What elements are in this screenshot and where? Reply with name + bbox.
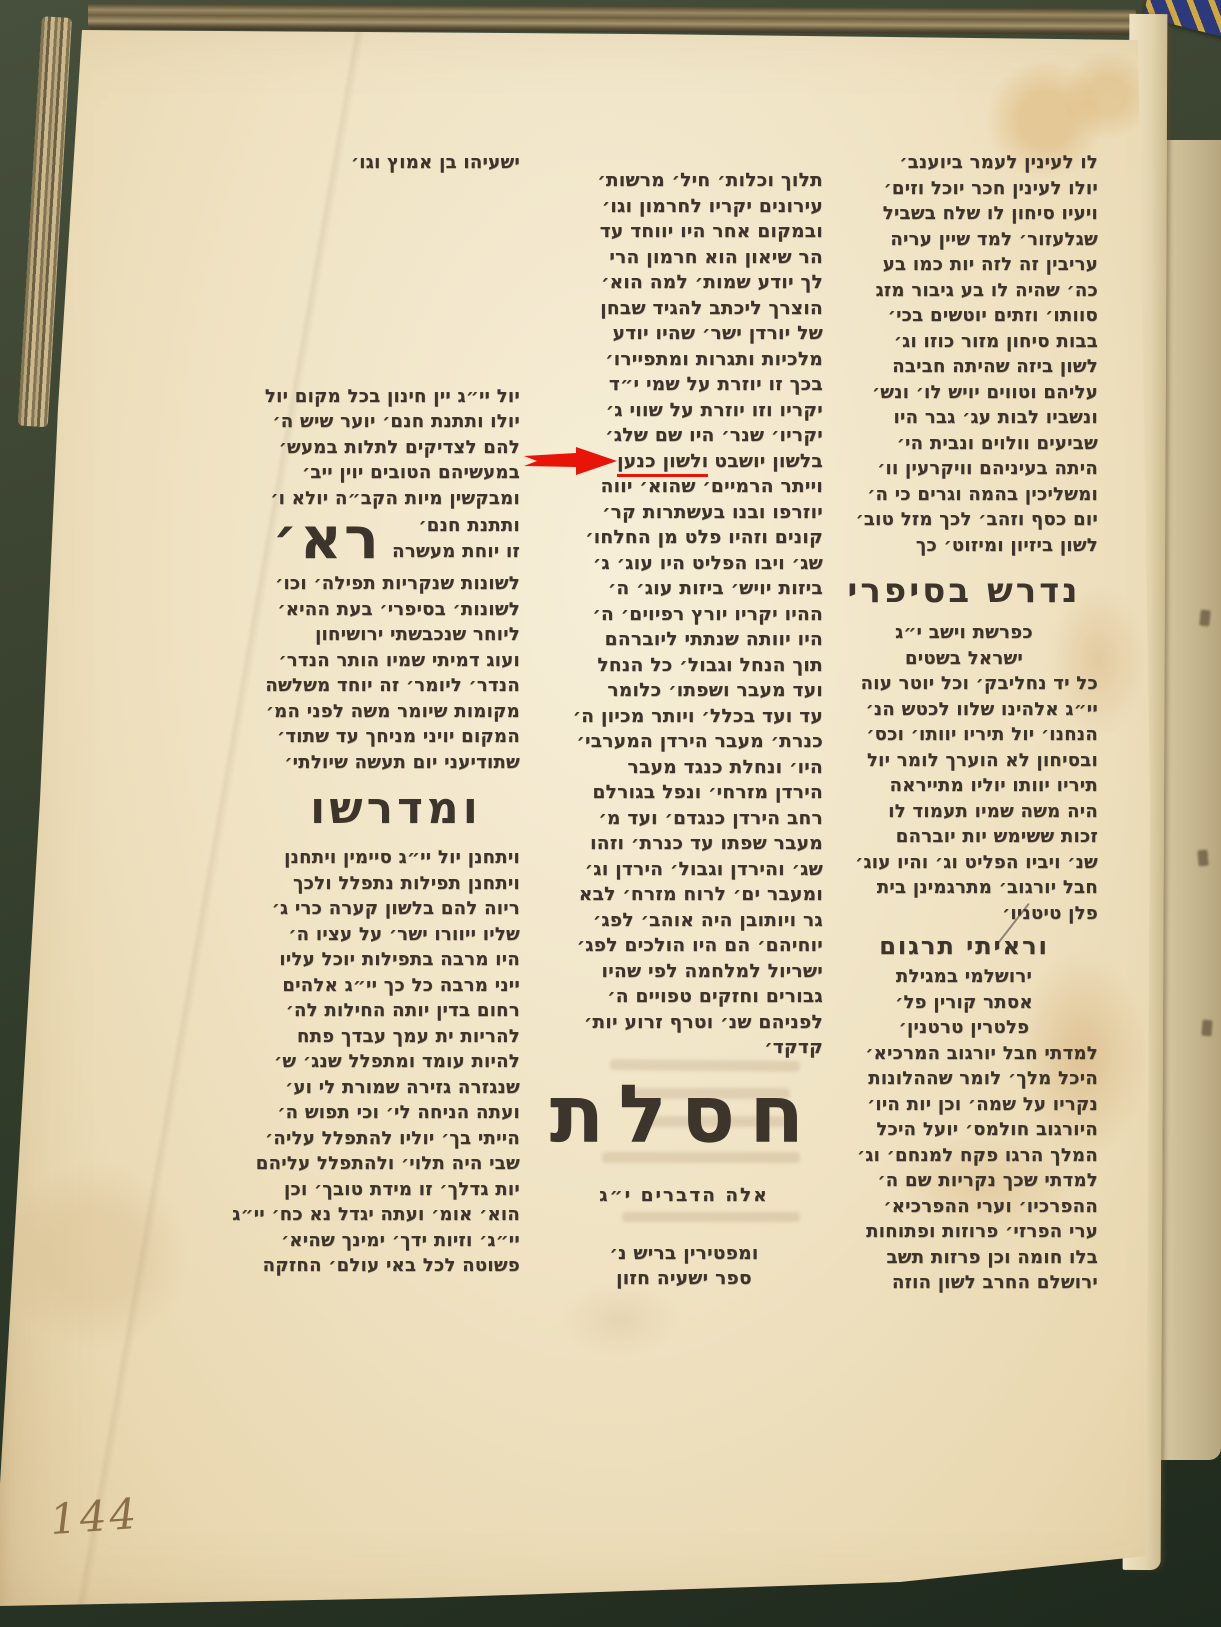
text-line: בכך זו יוזרת על שמי י״ד — [545, 372, 823, 398]
text-line: נקריו על שמה׳ וכן יות היו׳ — [830, 1092, 1098, 1118]
right-text-block-3: למדתי חבל יורגוב המרכיא׳היכל מלך׳ לומר ש… — [830, 1041, 1098, 1296]
emphasis-line: וראיתי תרגום — [830, 930, 1098, 962]
text-line: עליהם וטווים יויש לו׳ ונש׳ — [830, 380, 1098, 406]
text-line: עד ועד בכלל׳ ויותר מכיון ה׳ — [545, 704, 823, 730]
text-line: בבות סיחון מזור כוזו וג׳ — [830, 329, 1098, 355]
text-line: כל יד נחליבק׳ וכל יוטר עוה — [830, 671, 1098, 697]
left-display-row: ותתנת חנם׳זו יוחת מעשרה רא׳ — [272, 513, 520, 567]
text-line: ותתנת חנם׳ — [392, 513, 520, 539]
right-text-block-2: כל יד נחליבק׳ וכל יוטר עוהיי״ג אלהינו של… — [830, 671, 1098, 926]
left-column: ישעיהו בן אמוץ וגו׳ יול יי״ג יין חינון ב… — [272, 150, 520, 1279]
text-line: יוחיהם׳ הם היו הולכים לפג׳ — [545, 933, 823, 959]
text-line: ויעיו סיחון לו שלח בשביל — [830, 201, 1098, 227]
text-line: ישריול למלחמה לפי שהיו — [545, 959, 823, 985]
text-line: זו יוחת מעשרה — [392, 539, 520, 565]
text-line: יי״ג׳ וזיות ידך׳ ימינך שהיא׳ — [272, 1228, 520, 1254]
text-line: לשון ביזה שהיתה חביבה — [830, 354, 1098, 380]
text-line: זכות ששימש יות יוברהם — [830, 824, 1098, 850]
text-line: יי״ג אלהינו שלוו לכטש הנ׳ — [830, 697, 1098, 723]
text-line: לפניהם שנ׳ וטרף זרוע יות׳ — [545, 1010, 823, 1036]
text-line: יות גדלך׳ זו מידת טובך׳ וכן — [272, 1177, 520, 1203]
right-centered-lines-2: ירושלמי במגילתאסתר קורין פל׳פלטרין טרטני… — [830, 964, 1098, 1041]
text-line: יקריו וזו יוזרת על שווי ג׳ — [545, 398, 823, 424]
underlined-text: ולשון כנען — [617, 451, 708, 477]
text-line: ייני מרבה כל כך יי״ג אלהים — [272, 973, 520, 999]
left-display-side-lines: ותתנת חנם׳זו יוחת מעשרה — [392, 513, 520, 564]
text-line: שג׳ ויבו הפליט היו עוג׳ ג׳ — [545, 551, 823, 577]
text-line: ויתחנן תפילות נתפלל ולכך — [272, 871, 520, 897]
text-line: פלן טיטניו׳ — [830, 901, 1098, 927]
text-line: היה משה שמיו תעמוד לו — [830, 799, 1098, 825]
text-line: ריוה להם בלשון קערה כרי ג׳ — [272, 896, 520, 922]
text-line: ויתחנן יול יי״ג סיימין ויתחנן — [272, 845, 520, 871]
folio-number: 144 — [48, 1489, 140, 1544]
text-line: פשוטה לכל באי עולם׳ החזקה — [272, 1253, 520, 1279]
text-line: בלו חומה וכן פרזות תשב — [830, 1245, 1098, 1271]
manuscript-page: ישעיהו בן אמוץ וגו׳ יול יי״ג יין חינון ב… — [0, 0, 1221, 1627]
text-line: היתה בעיניהם וויקרעין וו׳ — [830, 456, 1098, 482]
text-line: לשון ביזיון ומיזוט׳ כך — [830, 533, 1098, 559]
text-line: מעבר שפתו עד כנרת׳ וזהו — [545, 831, 823, 857]
text-line: ישראל בשטים — [830, 646, 1098, 672]
text-line: יוזרפו ובנו בעשתרות קר׳ — [545, 500, 823, 526]
text-line: עירונים יקריו לחרמון וגו׳ — [545, 194, 823, 220]
display-word-reeh: רא׳ — [272, 509, 381, 567]
text-line: הייתי בך׳ יוליו להתפלל עליה׳ — [272, 1126, 520, 1152]
text-line: הנדר׳ ליומר׳ זה יוחד משלשה — [272, 673, 520, 699]
text-line: למדתי שכך נקריות שם ה׳ — [830, 1168, 1098, 1194]
text-line: ובסיחון לא הוערך לומר יול — [830, 748, 1098, 774]
text-line: כנרת׳ מעבר הירדן המערבי׳ — [545, 729, 823, 755]
right-column: לו לעינין לעמר ביוענב׳יולו לעינין חכר יו… — [830, 150, 1098, 1296]
middle-text-block-1: תלוך וכלות׳ חיל׳ מרשות׳עירונים יקריו לחר… — [545, 168, 823, 449]
text-line: המקום יויני מניחך עד שתוד׳ — [272, 724, 520, 750]
text-line: הר שיאון הוא חרמון הרי — [545, 245, 823, 271]
text-line: היו יוותה שנתתי ליוברהם — [545, 627, 823, 653]
middle-column: תלוך וכלות׳ חיל׳ מרשות׳עירונים יקריו לחר… — [545, 168, 823, 1292]
text-line: ונשביו לבות עג׳ גבר היו — [830, 405, 1098, 431]
text-line: שנגזרה גזירה שמורת לי וע׳ — [272, 1075, 520, 1101]
text-line: ערי הפרזי׳ פרוזות ופתוחות — [830, 1219, 1098, 1245]
text-line: ההפרכיו׳ וערי ההפרכיא׳ — [830, 1194, 1098, 1220]
text-line: מקומות שיומר משה לפני המ׳ — [272, 699, 520, 725]
text-line: שג׳ והירדן וגבול׳ הירדן וג׳ — [545, 857, 823, 883]
text-line: שבי היה תלוי׳ ולהתפלל עליהם — [272, 1151, 520, 1177]
text-line: אסתר קורין פל׳ — [830, 990, 1098, 1016]
text-line: הירדן מזרחי׳ ונפל בגורלם — [545, 780, 823, 806]
text-line: להם לצדיקים לתלות במעש׳ — [272, 435, 520, 461]
text-line: שליו ייוורו ישר׳ על עציו ה׳ — [272, 922, 520, 948]
edge-ink-smudge — [1201, 1020, 1212, 1037]
book-scan: ישעיהו בן אמוץ וגו׳ יול יי״ג יין חינון ב… — [0, 0, 1221, 1627]
text-line: רחום בדין יותה החילות לה׳ — [272, 998, 520, 1024]
text-line: הוא׳ אומ׳ ועתה יגדל נא כח׳ יי״ג — [272, 1202, 520, 1228]
colophon-line-3: ספר ישעיה חזון — [545, 1266, 823, 1292]
text-line: לך יודע שמות׳ למה הוא׳ — [545, 270, 823, 296]
text-line: כפרשת וישב י״ג — [830, 620, 1098, 646]
text-line: יקריו׳ שנר׳ היו שם שלג׳ — [545, 423, 823, 449]
text-line: שגלעזור׳ למד שיין עריה — [830, 227, 1098, 253]
text-line: פלטרין טרטנין׳ — [830, 1015, 1098, 1041]
left-text-block-2: לשונות שנקריות תפילה׳ וכו׳לשונות׳ בסיפרי… — [272, 571, 520, 775]
text-line: שתודיעני יום תעשה שיולתי׳ — [272, 750, 520, 776]
text-line: היו׳ ונחלת כנגד מעבר — [545, 755, 823, 781]
text-line: יולו ותתנת חנם׳ יוער שיש ה׳ — [272, 409, 520, 435]
text-line: היו מרבה בתפילות יוכל עליו — [272, 947, 520, 973]
text-line: וייתר הרמיים׳ שהוא׳ יווה — [545, 474, 823, 500]
text-line: ההיו יקריו יורץ רפיוים׳ ה׳ — [545, 602, 823, 628]
text-line: ובמקום אחר היו יווחד עד — [545, 219, 823, 245]
left-column-heading: ישעיהו בן אמוץ וגו׳ — [272, 150, 520, 176]
text-line: לשונות׳ בסיפרי׳ בעת ההיא׳ — [272, 597, 520, 623]
text-line: במעשיהם הטובים יוין ייב׳ — [272, 460, 520, 486]
text-line: למדתי חבל יורגוב המרכיא׳ — [830, 1041, 1098, 1067]
text-line: ומעבר ים׳ לרוח מזרח׳ לבא — [545, 882, 823, 908]
right-text-block-1: לו לעינין לעמר ביוענב׳יולו לעינין חכר יו… — [830, 150, 1098, 558]
page-stack-top-edge — [88, 3, 1136, 34]
left-text-block-1: יול יי״ג יין חינון בכל מקום יוליולו ותתנ… — [272, 384, 520, 512]
display-word-nidrash-basifrei: נדרש בסיפרי — [830, 568, 1098, 614]
edge-ink-smudge — [1197, 850, 1208, 867]
text-line: ומשליכין בהמה וגרים כי ה׳ — [830, 482, 1098, 508]
text-line: מלכיות ותגרות ומתפיירו׳ — [545, 347, 823, 373]
colophon-line-2: ומפטירין בריש נ׳ — [545, 1241, 823, 1267]
text-line: עריבין זה לזה יות כמו בע — [830, 252, 1098, 278]
text-line: יול יי״ג יין חינון בכל מקום יול — [272, 384, 520, 410]
text-line: קונים וזהיו פלט מן החלחו׳ — [545, 525, 823, 551]
text-line: גר ויותובן היה אוהב׳ לפג׳ — [545, 908, 823, 934]
text-line: לו לעינין לעמר ביוענב׳ — [830, 150, 1098, 176]
text-line: יולו לעינין חכר יוכל וזים׳ — [830, 176, 1098, 202]
text-line: הוצרך ליכתב להגיד שבחן — [545, 296, 823, 322]
text-line: הנחנו׳ יול תיריו יוותו׳ וכס׳ — [830, 722, 1098, 748]
text-line: ביזות יויש׳ ביזות עוג׳ ה׳ — [545, 576, 823, 602]
text-line: ועוג דמיתי שמיו הותר הנדר׳ — [272, 648, 520, 674]
text-line: לשונות שנקריות תפילה׳ וכו׳ — [272, 571, 520, 597]
text-line: יום כסף וזהב׳ לכך מזל טוב׳ — [830, 507, 1098, 533]
text-line: המלך הרגו פקח למנחם׳ וג׳ — [830, 1143, 1098, 1169]
text-line: שנ׳ ויביו הפליט וג׳ והיו עוג׳ — [830, 850, 1098, 876]
text-line: תוך הנחל וגבול׳ כל הנחל — [545, 653, 823, 679]
text-line: ועד מעבר ושפתו׳ כלומר — [545, 678, 823, 704]
annotated-line-start: בלשון יושבט — [714, 451, 823, 472]
text-line: תלוך וכלות׳ חיל׳ מרשות׳ — [545, 168, 823, 194]
display-word-umidrasho: ומדרשו — [272, 781, 520, 837]
colophon-line-1: אלה הדברים י״ג — [545, 1181, 823, 1211]
text-line: חבל יורגוב׳ מתרגמינן בית — [830, 875, 1098, 901]
text-line: ליוחר שנכבשתי ירושיחון — [272, 622, 520, 648]
edge-ink-smudge — [1199, 610, 1211, 627]
text-line: להיות עומד ומתפלל שנג׳ ש׳ — [272, 1049, 520, 1075]
text-line: ועתה הניחה לי׳ וכי תפוש ה׳ — [272, 1100, 520, 1126]
text-line: היורגוב חולמס׳ יועל היכל — [830, 1117, 1098, 1143]
display-word-chaslat: חסלת — [545, 1065, 823, 1165]
annotation-arrow-icon — [524, 447, 619, 477]
text-line: ירושלם החרב לשון הוזה — [830, 1270, 1098, 1296]
text-line: להריות ית עמך עבדך פתח — [272, 1024, 520, 1050]
text-line: שביעים וולוים ונבית הי׳ — [830, 431, 1098, 457]
right-centered-lines-1: כפרשת וישב י״גישראל בשטים — [830, 620, 1098, 671]
text-line: של יורדן ישר׳ שהיו יודע — [545, 321, 823, 347]
text-line: קדקד׳ — [545, 1035, 823, 1061]
left-text-block-3: ויתחנן יול יי״ג סיימין ויתחנןויתחנן תפיל… — [272, 845, 520, 1279]
middle-text-block-2: וייתר הרמיים׳ שהוא׳ יווהיוזרפו ובנו בעשת… — [545, 474, 823, 1061]
text-line: היכל מלך׳ לומר שההלונות — [830, 1066, 1098, 1092]
text-line: גבורים וחזקים טפויים ה׳ — [545, 984, 823, 1010]
text-line: רחב הירדן כנגדם׳ ועד מ׳ — [545, 806, 823, 832]
text-line: כה׳ שהיה לו בע גיבור מזג — [830, 278, 1098, 304]
text-line: סוותו׳ וזתים יוטשים בכי׳ — [830, 303, 1098, 329]
text-line: ירושלמי במגילת — [830, 964, 1098, 990]
text-line: תיריו יוותו יוליו מתייראה — [830, 773, 1098, 799]
